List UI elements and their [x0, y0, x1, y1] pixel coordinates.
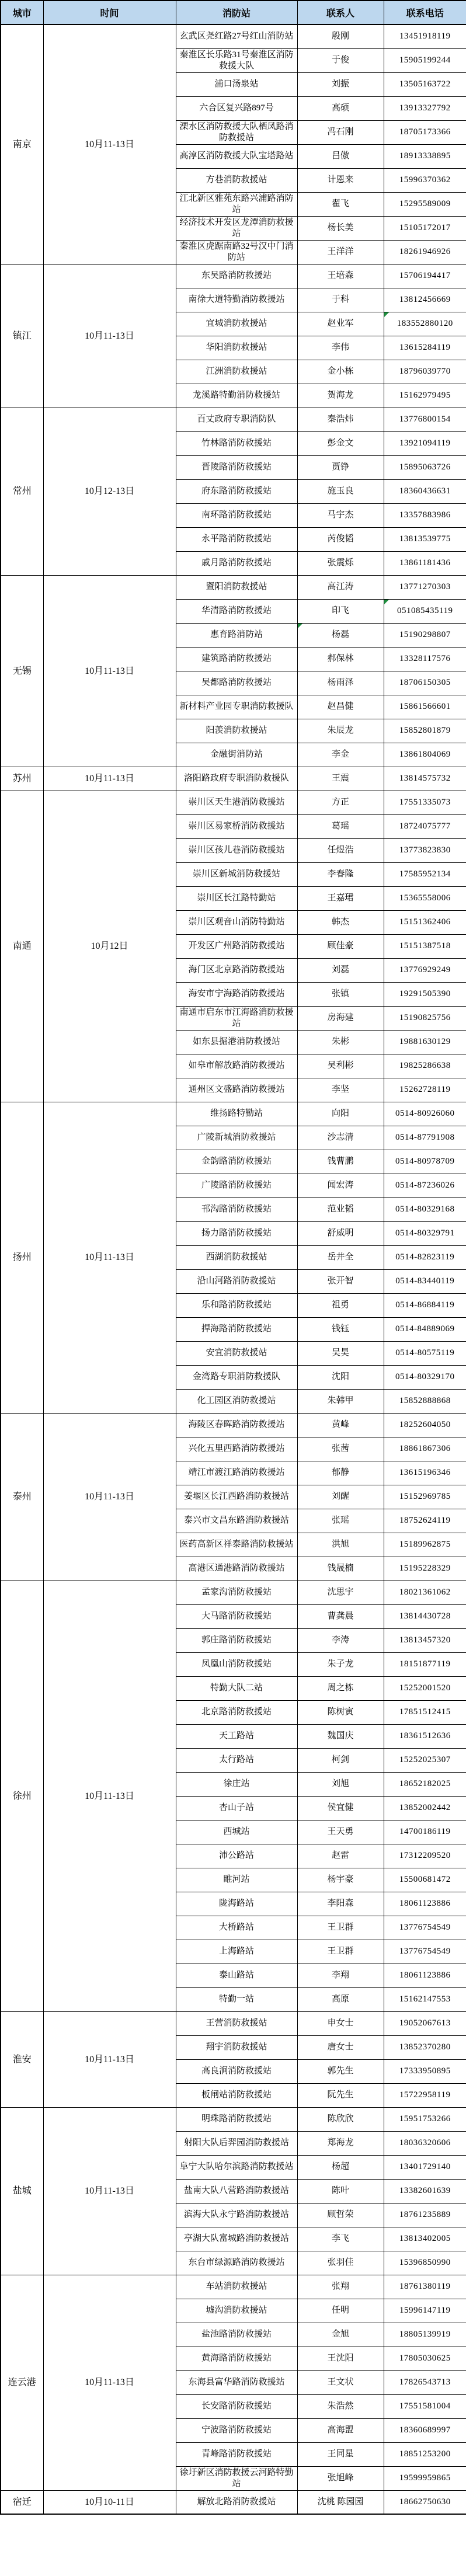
contact-cell: 葛瑶 — [297, 814, 384, 838]
station-cell: 玄武区尧红路27号红山消防站 — [176, 25, 297, 48]
station-cell: 北京路消防救援站 — [176, 1700, 297, 1724]
contact-cell: 李飞 — [297, 2227, 384, 2251]
contact-cell: 计恩来 — [297, 168, 384, 192]
station-cell: 宜城消防救援站 — [176, 312, 297, 336]
city-cell: 宿迁 — [1, 2490, 43, 2514]
station-cell: 亭湖大队富城路消防救援站 — [176, 2227, 297, 2251]
phone-cell: 18861867306 — [384, 1437, 466, 1461]
phone-cell: 15195228329 — [384, 1557, 466, 1581]
table-row: 南通10月12日崇川区天生港消防救援站方正17551335073 — [1, 791, 466, 814]
contact-cell: 闻宏涛 — [297, 1174, 384, 1198]
station-cell: 广陵路消防救援站 — [176, 1174, 297, 1198]
station-cell: 维扬路特勤站 — [176, 1102, 297, 1126]
station-cell: 新材料产业园专职消防救援队 — [176, 695, 297, 719]
contact-cell: 柯剑 — [297, 1748, 384, 1772]
phone-cell: 15951753266 — [384, 2107, 466, 2131]
contact-cell: 任明 — [297, 2299, 384, 2323]
phone-cell: 0514-83440119 — [384, 1269, 466, 1293]
phone-cell: 15905199244 — [384, 48, 466, 72]
contact-cell: 王培森 — [297, 264, 384, 288]
station-cell: 安宜消防救援站 — [176, 1341, 297, 1365]
contact-cell: 朱辰龙 — [297, 719, 384, 743]
time-cell: 10月11-13日 — [43, 575, 176, 767]
contact-cell: 沙志清 — [297, 1126, 384, 1150]
city-cell: 镇江 — [1, 264, 43, 408]
phone-cell: 18036320606 — [384, 2131, 466, 2155]
station-cell: 金韵路消防救援站 — [176, 1150, 297, 1174]
phone-cell: 15852888868 — [384, 1389, 466, 1413]
station-cell: 龙溪路特勤消防救援站 — [176, 384, 297, 408]
phone-cell: 13451918119 — [384, 25, 466, 48]
station-cell: 秦淮区虎踞南路32号汉中门消防站 — [176, 240, 297, 264]
city-cell: 无锡 — [1, 575, 43, 767]
contact-cell: 张震烁 — [297, 551, 384, 575]
phone-cell: 18662750630 — [384, 2490, 466, 2514]
phone-cell: 17333950895 — [384, 2059, 466, 2083]
contact-cell: 吴昊 — [297, 1341, 384, 1365]
time-cell: 10月11-13日 — [43, 1581, 176, 2011]
contact-cell: 王同星 — [297, 2442, 384, 2466]
contact-cell: 刘醒 — [297, 1485, 384, 1509]
contact-cell: 王震 — [297, 767, 384, 791]
contact-cell: 赵昌健 — [297, 695, 384, 719]
station-cell: 郭庄路消防救援站 — [176, 1628, 297, 1652]
phone-cell: 15722958119 — [384, 2083, 466, 2107]
contact-cell: 马宇杰 — [297, 503, 384, 527]
phone-cell: 18851253200 — [384, 2442, 466, 2466]
phone-cell: 13401729140 — [384, 2155, 466, 2179]
contact-cell: 高硕 — [297, 96, 384, 120]
contact-cell: 郑海龙 — [297, 2131, 384, 2155]
station-cell: 徐圩新区消防救援云河路特勤站 — [176, 2466, 297, 2490]
contact-cell: 祖勇 — [297, 1293, 384, 1317]
phone-cell: 18724075777 — [384, 814, 466, 838]
phone-cell: 15852801879 — [384, 719, 466, 743]
phone-cell: 13382601639 — [384, 2179, 466, 2203]
contact-cell: 向阳 — [297, 1102, 384, 1126]
phone-cell: 17826543713 — [384, 2370, 466, 2394]
station-cell: 开发区广州路消防救援站 — [176, 934, 297, 958]
time-cell: 10月11-13日 — [43, 2275, 176, 2490]
contact-cell: 于科 — [297, 288, 384, 312]
city-cell: 南通 — [1, 791, 43, 1102]
station-cell: 惠育路消防站 — [176, 623, 297, 647]
contact-cell: 高原 — [297, 1987, 384, 2011]
phone-cell: 18705173366 — [384, 120, 466, 144]
phone-cell: 18360436631 — [384, 479, 466, 503]
table-row: 宿迁10月10-11日解放北路消防救援站沈桃 陈园园18662750630 — [1, 2490, 466, 2514]
contact-cell: 金小栋 — [297, 360, 384, 384]
contact-cell: 芮俊韬 — [297, 527, 384, 551]
contact-cell: 钱晟楠 — [297, 1557, 384, 1581]
contact-cell: 韩杰 — [297, 910, 384, 934]
station-cell: 崇川区观音山消防特勤站 — [176, 910, 297, 934]
contact-cell: 李涛 — [297, 1628, 384, 1652]
time-cell: 10月11-13日 — [43, 2011, 176, 2107]
contact-cell: 杨长美 — [297, 216, 384, 240]
phone-cell: 18021361062 — [384, 1581, 466, 1604]
contact-cell: 殷刚 — [297, 25, 384, 48]
phone-cell: 15996370362 — [384, 168, 466, 192]
contact-cell: 陈欣欣 — [297, 2107, 384, 2131]
phone-cell: 0514-80329170 — [384, 1365, 466, 1389]
phone-cell: 13505163722 — [384, 72, 466, 96]
station-cell: 高良涧消防救援站 — [176, 2059, 297, 2083]
station-cell: 邗沟路消防救援站 — [176, 1198, 297, 1221]
contact-cell: 黄峰 — [297, 1413, 384, 1437]
phone-cell: 13852002442 — [384, 1796, 466, 1820]
station-cell: 陇海路站 — [176, 1892, 297, 1916]
station-cell: 经济技术开发区龙潭消防救援站 — [176, 216, 297, 240]
contact-cell: 顾佳豪 — [297, 934, 384, 958]
header-contact: 联系人 — [297, 1, 384, 25]
phone-cell: 17851512415 — [384, 1700, 466, 1724]
contact-cell: 李春隆 — [297, 862, 384, 886]
station-cell: 滨海大队永宁路消防救援站 — [176, 2203, 297, 2227]
phone-cell: 0514-86884119 — [384, 1293, 466, 1317]
table-row: 盐城10月11-13日明珠路消防救援站陈欣欣15951753266 — [1, 2107, 466, 2131]
contact-cell: 郁静 — [297, 1461, 384, 1485]
station-cell: 江洲消防救援站 — [176, 360, 297, 384]
station-cell: 南环路消防救援站 — [176, 503, 297, 527]
table-row: 常州10月12-13日百丈政府专职消防队秦浩炜13776800154 — [1, 408, 466, 431]
time-cell: 10月12-13日 — [43, 408, 176, 575]
contact-cell: 岳井全 — [297, 1245, 384, 1269]
contact-cell: 彭金文 — [297, 431, 384, 455]
table-header: 城市 时间 消防站 联系人 联系电话 — [1, 1, 466, 25]
station-cell: 靖江市渡江路消防救援站 — [176, 1461, 297, 1485]
phone-cell: 0514-80926060 — [384, 1102, 466, 1126]
phone-cell: 15190825756 — [384, 1006, 466, 1030]
phone-cell: 13357883986 — [384, 503, 466, 527]
station-cell: 金湾路专职消防救援队 — [176, 1365, 297, 1389]
contact-cell: 于俊 — [297, 48, 384, 72]
phone-cell: 051085435119 — [384, 599, 466, 623]
station-cell: 广陵新城消防救援站 — [176, 1126, 297, 1150]
table-row: 扬州10月11-13日维扬路特勤站向阳0514-80926060 — [1, 1102, 466, 1126]
station-cell: 华清路消防救援站 — [176, 599, 297, 623]
station-cell: 医药高新区祥泰路消防救援站 — [176, 1533, 297, 1557]
phone-cell: 15162147553 — [384, 1987, 466, 2011]
station-cell: 溧水区消防救援大队栖凤路消防救援站 — [176, 120, 297, 144]
station-cell: 兴化五里西路消防救援站 — [176, 1437, 297, 1461]
contact-cell: 杨雨泽 — [297, 671, 384, 695]
contact-cell: 侯宜健 — [297, 1796, 384, 1820]
station-cell: 阳羡消防救援站 — [176, 719, 297, 743]
time-cell: 10月11-13日 — [43, 767, 176, 791]
contact-cell: 翟飞 — [297, 192, 384, 216]
phone-cell: 0514-87236026 — [384, 1174, 466, 1198]
station-cell: 崇川区孩儿巷消防救援站 — [176, 838, 297, 862]
phone-cell: 13813457320 — [384, 1628, 466, 1652]
station-cell: 高港区通港路消防救援站 — [176, 1557, 297, 1581]
phone-cell: 19291505390 — [384, 982, 466, 1006]
phone-cell: 15706194417 — [384, 264, 466, 288]
station-cell: 崇川区长江路特勤站 — [176, 886, 297, 910]
contact-cell: 朱浩然 — [297, 2394, 384, 2418]
contact-cell: 朱子龙 — [297, 1652, 384, 1676]
station-cell: 青峰路消防救援站 — [176, 2442, 297, 2466]
table-row: 连云港10月11-13日车站消防救援站张翔18761380119 — [1, 2275, 466, 2299]
station-cell: 睢河站 — [176, 1868, 297, 1892]
station-cell: 崇川区新城消防救援站 — [176, 862, 297, 886]
phone-cell: 17551581004 — [384, 2394, 466, 2418]
contact-cell: 李坚 — [297, 1078, 384, 1102]
city-cell: 淮安 — [1, 2011, 43, 2107]
station-cell: 海陵区春晖路消防救援站 — [176, 1413, 297, 1437]
phone-cell: 15262728119 — [384, 1078, 466, 1102]
station-cell: 西城站 — [176, 1820, 297, 1844]
contact-cell: 王沈阳 — [297, 2347, 384, 2370]
station-cell: 太行路站 — [176, 1748, 297, 1772]
phone-cell: 13852370280 — [384, 2035, 466, 2059]
phone-cell: 13615196346 — [384, 1461, 466, 1485]
contact-cell: 洪旭 — [297, 1533, 384, 1557]
time-cell: 10月10-11日 — [43, 2490, 176, 2514]
station-cell: 车站消防救援站 — [176, 2275, 297, 2299]
phone-cell: 13776929249 — [384, 958, 466, 982]
station-cell: 高淳区消防救援大队宝塔路站 — [176, 144, 297, 168]
phone-cell: 13814575732 — [384, 767, 466, 791]
contact-cell: 王卫群 — [297, 1916, 384, 1940]
contact-cell: 张羽佳 — [297, 2251, 384, 2275]
station-cell: 特勤大队二站 — [176, 1676, 297, 1700]
contact-cell: 张开智 — [297, 1269, 384, 1293]
phone-cell: 15252025307 — [384, 1748, 466, 1772]
phone-cell: 17585952134 — [384, 862, 466, 886]
phone-cell: 15365558006 — [384, 886, 466, 910]
phone-cell: 13861181436 — [384, 551, 466, 575]
station-cell: 盐池路消防救援站 — [176, 2323, 297, 2347]
contact-cell: 秦浩炜 — [297, 408, 384, 431]
contact-cell: 王嘉珺 — [297, 886, 384, 910]
station-cell: 方巷消防救援站 — [176, 168, 297, 192]
station-cell: 阜宁大队哈尔滨路消防救援站 — [176, 2155, 297, 2179]
time-cell: 10月11-13日 — [43, 264, 176, 408]
city-cell: 扬州 — [1, 1102, 43, 1413]
station-cell: 戚月路消防救援站 — [176, 551, 297, 575]
phone-cell: 18752624119 — [384, 1509, 466, 1533]
contact-cell: 范业韬 — [297, 1198, 384, 1221]
phone-cell: 0514-87791908 — [384, 1126, 466, 1150]
phone-cell: 0514-80329168 — [384, 1198, 466, 1221]
city-cell: 常州 — [1, 408, 43, 575]
station-cell: 射阳大队后羿园消防救援站 — [176, 2131, 297, 2155]
station-cell: 捍海路消防救援站 — [176, 1317, 297, 1341]
phone-cell: 18252604050 — [384, 1413, 466, 1437]
contact-cell: 刘振 — [297, 72, 384, 96]
contact-cell: 吕傲 — [297, 144, 384, 168]
phone-cell: 13773823830 — [384, 838, 466, 862]
station-cell: 杏山子站 — [176, 1796, 297, 1820]
station-cell: 泰兴市文昌东路消防救援站 — [176, 1509, 297, 1533]
station-cell: 如东县掘港消防救援站 — [176, 1030, 297, 1054]
contact-cell: 张翔 — [297, 2275, 384, 2299]
station-cell: 晋陵路消防救援站 — [176, 455, 297, 479]
phone-cell: 18796039770 — [384, 360, 466, 384]
station-cell: 上海路站 — [176, 1940, 297, 1964]
phone-cell: 183552880120 — [384, 312, 466, 336]
contact-cell: 陈叶 — [297, 2179, 384, 2203]
contact-cell: 舒威明 — [297, 1221, 384, 1245]
header-time: 时间 — [43, 1, 176, 25]
contact-cell: 贺海龙 — [297, 384, 384, 408]
contact-cell: 李伟 — [297, 336, 384, 360]
contact-cell: 李金 — [297, 743, 384, 767]
phone-cell: 13776800154 — [384, 408, 466, 431]
phone-cell: 19881630129 — [384, 1030, 466, 1054]
phone-cell: 15396850990 — [384, 2251, 466, 2275]
phone-cell: 18761380119 — [384, 2275, 466, 2299]
station-cell: 孟家沟消防救援站 — [176, 1581, 297, 1604]
station-cell: 浦口汤泉站 — [176, 72, 297, 96]
contact-cell: 张瑶 — [297, 1509, 384, 1533]
time-cell: 10月11-13日 — [43, 1102, 176, 1413]
table-row: 徐州10月11-13日孟家沟消防救援站沈思宇18021361062 — [1, 1581, 466, 1604]
station-cell: 金融街消防站 — [176, 743, 297, 767]
station-cell: 建筑路消防救援站 — [176, 647, 297, 671]
phone-cell: 18061123886 — [384, 1892, 466, 1916]
phone-cell: 15861566601 — [384, 695, 466, 719]
station-cell: 大马路消防救援站 — [176, 1604, 297, 1628]
contact-cell: 张旭峰 — [297, 2466, 384, 2490]
phone-cell: 18913338895 — [384, 144, 466, 168]
contact-cell: 金旭 — [297, 2323, 384, 2347]
station-cell: 王营消防救援站 — [176, 2011, 297, 2035]
phone-cell: 15996147119 — [384, 2299, 466, 2323]
contact-cell: 王卫群 — [297, 1940, 384, 1964]
contact-cell: 刘旭 — [297, 1772, 384, 1796]
header-row: 城市 时间 消防站 联系人 联系电话 — [1, 1, 466, 25]
header-station: 消防站 — [176, 1, 297, 25]
station-cell: 乐和路消防救援站 — [176, 1293, 297, 1317]
phone-cell: 0514-80978709 — [384, 1150, 466, 1174]
contact-cell: 赵业军 — [297, 312, 384, 336]
phone-cell: 0514-84889069 — [384, 1317, 466, 1341]
table-row: 泰州10月11-13日海陵区春晖路消防救援站黄峰18252604050 — [1, 1413, 466, 1437]
phone-cell: 0514-80575119 — [384, 1341, 466, 1365]
phone-cell: 18261946926 — [384, 240, 466, 264]
city-cell: 徐州 — [1, 1581, 43, 2011]
phone-cell: 18761235889 — [384, 2203, 466, 2227]
phone-cell: 13776754549 — [384, 1940, 466, 1964]
station-cell: 大桥路站 — [176, 1916, 297, 1940]
time-cell: 10月11-13日 — [43, 2107, 176, 2275]
station-cell: 天工路站 — [176, 1724, 297, 1748]
contact-cell: 任煜浩 — [297, 838, 384, 862]
contact-cell: 冯石刚 — [297, 120, 384, 144]
table-body: 南京10月11-13日玄武区尧红路27号红山消防站殷刚13451918119秦淮… — [1, 25, 466, 2514]
phone-cell: 15500681472 — [384, 1868, 466, 1892]
contact-cell: 朱彬 — [297, 1030, 384, 1054]
contact-cell: 曹龚晨 — [297, 1604, 384, 1628]
contact-cell: 房海建 — [297, 1006, 384, 1030]
phone-cell: 18360689997 — [384, 2418, 466, 2442]
phone-cell: 13615284119 — [384, 336, 466, 360]
station-cell: 洛阳路政府专职消防救援队 — [176, 767, 297, 791]
contact-cell: 王文状 — [297, 2370, 384, 2394]
contact-cell: 钱钰 — [297, 1317, 384, 1341]
contact-cell: 顾哲荣 — [297, 2203, 384, 2227]
station-cell: 扬力路消防救援站 — [176, 1221, 297, 1245]
station-cell: 海门区北京路消防救援站 — [176, 958, 297, 982]
phone-cell: 18805139919 — [384, 2323, 466, 2347]
phone-cell: 15895063726 — [384, 455, 466, 479]
station-cell: 西湖消防救援站 — [176, 1245, 297, 1269]
phone-cell: 15105172017 — [384, 216, 466, 240]
phone-cell: 13813539775 — [384, 527, 466, 551]
city-cell: 苏州 — [1, 767, 43, 791]
contact-cell: 周之栋 — [297, 1676, 384, 1700]
phone-cell: 13861804069 — [384, 743, 466, 767]
contact-cell: 沈阳 — [297, 1365, 384, 1389]
station-cell: 盐南大队八营路消防救援站 — [176, 2179, 297, 2203]
contact-cell: 印飞 — [297, 599, 384, 623]
station-cell: 翔宇消防救援站 — [176, 2035, 297, 2059]
contact-cell: 杨磊 — [297, 623, 384, 647]
station-cell: 宁波路消防救援站 — [176, 2418, 297, 2442]
table-row: 苏州10月11-13日洛阳路政府专职消防救援队王震13814575732 — [1, 767, 466, 791]
station-cell: 特勤一站 — [176, 1987, 297, 2011]
phone-cell: 15189962875 — [384, 1533, 466, 1557]
phone-cell: 17551335073 — [384, 791, 466, 814]
station-cell: 如皋市解放路消防救援站 — [176, 1054, 297, 1078]
contact-cell: 王天勇 — [297, 1820, 384, 1844]
station-cell: 南通市启东市江海路消防救援站 — [176, 1006, 297, 1030]
contact-cell: 魏国庆 — [297, 1724, 384, 1748]
contact-cell: 吴利彬 — [297, 1054, 384, 1078]
phone-cell: 18061123886 — [384, 1964, 466, 1987]
station-cell: 崇川区易家桥消防救援站 — [176, 814, 297, 838]
station-cell: 沛公路站 — [176, 1844, 297, 1868]
phone-cell: 15190298807 — [384, 623, 466, 647]
contact-cell: 唐女士 — [297, 2035, 384, 2059]
station-cell: 百丈政府专职消防队 — [176, 408, 297, 431]
contact-cell: 沈桃 陈园园 — [297, 2490, 384, 2514]
contact-cell: 李翔 — [297, 1964, 384, 1987]
time-cell: 10月12日 — [43, 791, 176, 1102]
phone-cell: 13771270303 — [384, 575, 466, 599]
phone-cell: 15162979495 — [384, 384, 466, 408]
station-cell: 明珠路消防救援站 — [176, 2107, 297, 2131]
phone-cell: 13813402005 — [384, 2227, 466, 2251]
contact-cell: 张镇 — [297, 982, 384, 1006]
city-cell: 南京 — [1, 25, 43, 264]
header-phone: 联系电话 — [384, 1, 466, 25]
contact-cell: 朱韩甲 — [297, 1389, 384, 1413]
station-cell: 化工园区消防救援站 — [176, 1389, 297, 1413]
station-cell: 东台市绿源路消防救援站 — [176, 2251, 297, 2275]
contact-cell: 杨超 — [297, 2155, 384, 2179]
station-cell: 板闸站消防救援站 — [176, 2083, 297, 2107]
station-cell: 墟沟消防救援站 — [176, 2299, 297, 2323]
station-cell: 通州区文盛路消防救援站 — [176, 1078, 297, 1102]
phone-cell: 18361512636 — [384, 1724, 466, 1748]
station-cell: 东吴路消防救援站 — [176, 264, 297, 288]
phone-cell: 15252001520 — [384, 1676, 466, 1700]
contact-cell: 高海盟 — [297, 2418, 384, 2442]
phone-cell: 19825286638 — [384, 1054, 466, 1078]
phone-cell: 18151877119 — [384, 1652, 466, 1676]
phone-cell: 13814430728 — [384, 1604, 466, 1628]
station-cell: 崇川区天生港消防救援站 — [176, 791, 297, 814]
station-cell: 徐庄站 — [176, 1772, 297, 1796]
station-cell: 沿山河路消防救援站 — [176, 1269, 297, 1293]
station-cell: 秦淮区长乐路31号秦淮区消防救援大队 — [176, 48, 297, 72]
contact-cell: 赵雷 — [297, 1844, 384, 1868]
station-cell: 凤凰山消防救援站 — [176, 1652, 297, 1676]
phone-cell: 17312209520 — [384, 1844, 466, 1868]
